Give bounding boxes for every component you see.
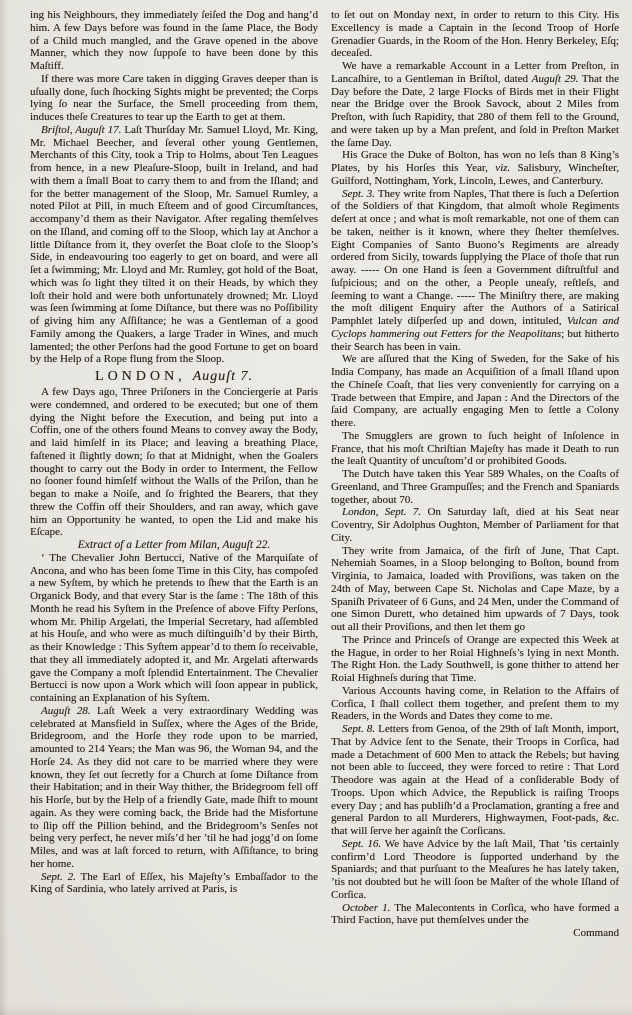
dateline: Sept. 2. bbox=[41, 871, 76, 883]
news-paragraph: ing his Neighbours, they immediately ſei… bbox=[30, 9, 318, 73]
text-run: ing his Neighbours, they immediately ſei… bbox=[30, 9, 318, 72]
text-run: If there was more Care taken in digging … bbox=[30, 73, 318, 123]
news-paragraph-naples: Sept. 3. They write from Naples, That th… bbox=[331, 188, 619, 354]
text-run: A few Days ago, Three Priſoners in the C… bbox=[30, 386, 318, 538]
quoted-letter-paragraph: ‘ The Chevalier John Bertucci, Native of… bbox=[30, 552, 318, 705]
heading-date: Auguſt 7. bbox=[193, 369, 253, 384]
text-run: Laſt Week a very extraordinary Wedding w… bbox=[30, 705, 318, 870]
text-run: The Prince and Princeſs of Orange are ex… bbox=[331, 634, 619, 684]
dateline: Sept. 3. bbox=[342, 188, 375, 200]
news-paragraph-bristol: Briſtol, Auguſt 17. Laſt Thurſday Mr. Sa… bbox=[30, 124, 318, 366]
news-paragraph-orange: The Prince and Princeſs of Orange are ex… bbox=[331, 634, 619, 685]
london-dateline-heading: LONDON,Auguſt 7. bbox=[30, 369, 318, 384]
news-paragraph-sweden: We are aſſured that the King of Sweden, … bbox=[331, 353, 619, 430]
news-paragraph-preston: We have a remarkable Account in a Letter… bbox=[331, 60, 619, 149]
news-paragraph-smugglers: The Smugglers are grown to ſuch height o… bbox=[331, 430, 619, 468]
dateline: October 1. bbox=[342, 902, 390, 914]
dateline: Auguſt 29. bbox=[532, 73, 579, 85]
news-paragraph-wedding: Auguſt 28. Laſt Week a very extraordinar… bbox=[30, 705, 318, 871]
news-paragraph-genoa: Sept. 8. Letters from Genoa, of the 29th… bbox=[331, 723, 619, 838]
text-run: to ſet out on Monday next, in order to r… bbox=[331, 9, 619, 59]
text-run: They write from Jamaica, of the firſt of… bbox=[331, 545, 619, 634]
newspaper-page: ing his Neighbours, they immediately ſei… bbox=[0, 0, 632, 1015]
news-paragraph-corsica-intro: Various Accounts having come, in Relatio… bbox=[331, 685, 619, 723]
news-paragraph-whales: The Dutch have taken this Year 589 Whale… bbox=[331, 468, 619, 506]
text-run: They write from Naples, That there is ſu… bbox=[331, 188, 619, 328]
news-paragraph-oughton: London, Sept. 7. On Saturday laſt, died … bbox=[331, 506, 619, 544]
dateline: Sept. 16. bbox=[342, 838, 381, 850]
dateline: Sept. 8. bbox=[342, 723, 375, 735]
text-run-italic: viz. bbox=[495, 162, 510, 174]
left-column: ing his Neighbours, they immediately ſei… bbox=[30, 9, 318, 1015]
news-paragraph-jamaica: They write from Jamaica, of the firſt of… bbox=[331, 545, 619, 634]
text-run: Letters from Genoa, of the 29th of laſt … bbox=[331, 723, 619, 837]
text-run: We are aſſured that the King of Sweden, … bbox=[331, 353, 619, 429]
text-run: The Smugglers are grown to ſuch height o… bbox=[331, 430, 619, 468]
news-paragraph-essex: Sept. 2. The Earl of Eſſex, his Majeſty’… bbox=[30, 871, 318, 897]
text-run: ‘ The Chevalier John Bertucci, Native of… bbox=[30, 552, 318, 704]
catchword: Command bbox=[331, 927, 619, 940]
milan-letter-heading: Extract of a Letter from Milan, Auguſt 2… bbox=[30, 539, 318, 552]
news-paragraph: to ſet out on Monday next, in order to r… bbox=[331, 9, 619, 60]
dateline: Briſtol, Auguſt 17. bbox=[41, 124, 121, 136]
news-paragraph-malecontents: October 1. The Malecontents in Corſica, … bbox=[331, 902, 619, 928]
text-run: The Dutch have taken this Year 589 Whale… bbox=[331, 468, 619, 506]
news-paragraph: A few Days ago, Three Priſoners in the C… bbox=[30, 386, 318, 539]
news-paragraph: If there was more Care taken in digging … bbox=[30, 73, 318, 124]
dateline: London, Sept. 7. bbox=[342, 506, 421, 518]
dateline: Auguſt 28. bbox=[41, 705, 91, 717]
heading-city: LONDON, bbox=[95, 369, 186, 384]
news-paragraph-theodore: Sept. 16. We have Advice by the laſt Mai… bbox=[331, 838, 619, 902]
text-run: Laſt Thurſday Mr. Samuel Lloyd, Mr. King… bbox=[30, 124, 318, 366]
text-run: Various Accounts having come, in Relatio… bbox=[331, 685, 619, 723]
right-column: to ſet out on Monday next, in order to r… bbox=[331, 9, 619, 1015]
news-paragraph-bolton: His Grace the Duke of Bolton, has won no… bbox=[331, 149, 619, 187]
